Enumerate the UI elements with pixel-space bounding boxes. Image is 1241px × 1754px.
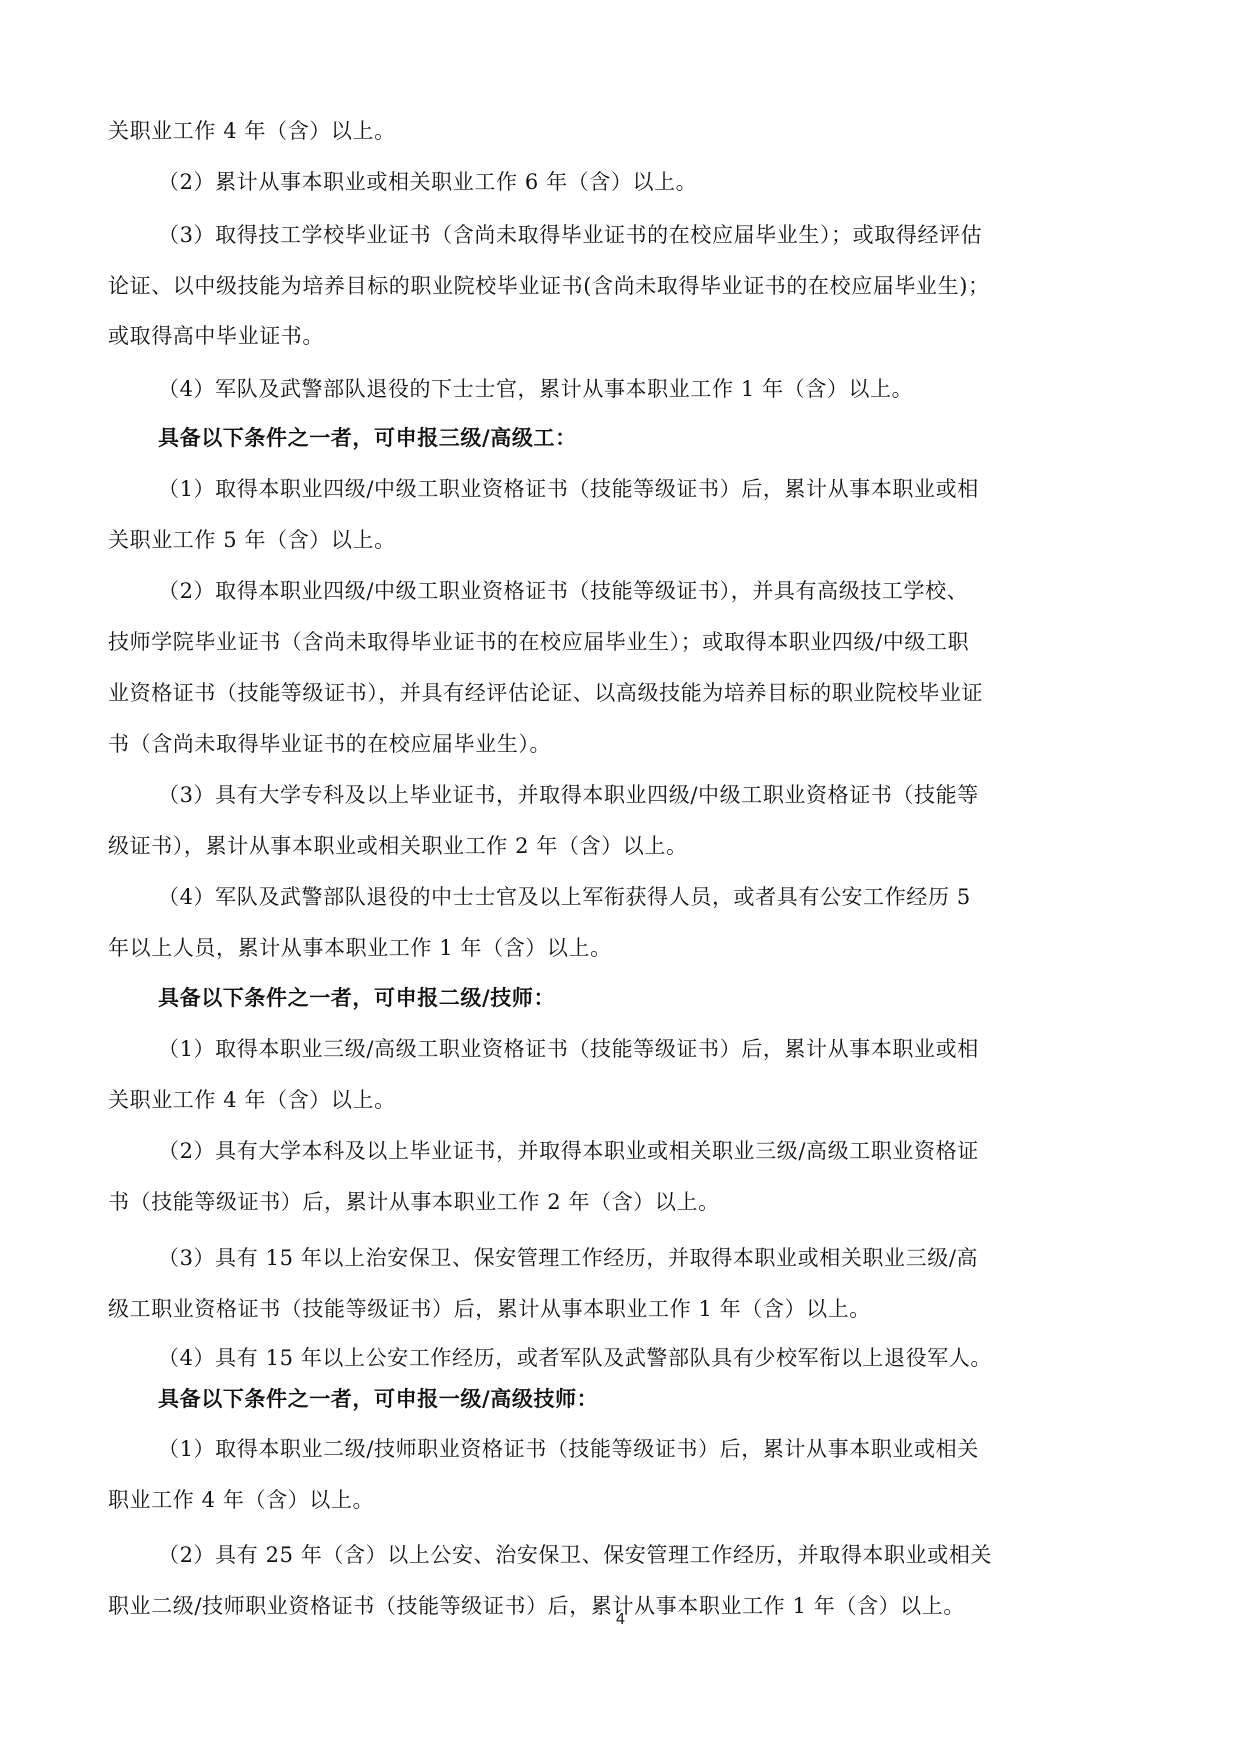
paragraph-line: （4）军队及武警部队退役的下士士官，累计从事本职业工作 1 年（含）以上。 [158,374,913,404]
section-heading: 具备以下条件之一者，可申报三级/高级工： [158,423,577,453]
paragraph-line: （2）累计从事本职业或相关职业工作 6 年（含）以上。 [158,167,697,197]
page-number: 4 [0,1610,1241,1628]
paragraph-line: （2）具有大学本科及以上毕业证书，并取得本职业或相关职业三级/高级工职业资格证 [158,1136,979,1166]
paragraph-line: （4）军队及武警部队退役的中士士官及以上军衔获得人员，或者具有公安工作经历 5 [158,882,971,912]
paragraph-line: 书（技能等级证书）后，累计从事本职业工作 2 年（含）以上。 [108,1187,720,1217]
paragraph-line: 职业工作 4 年（含）以上。 [108,1485,374,1515]
paragraph-line: 年以上人员，累计从事本职业工作 1 年（含）以上。 [108,933,612,963]
paragraph-line: （1）取得本职业三级/高级工职业资格证书（技能等级证书）后，累计从事本职业或相 [158,1034,979,1064]
paragraph-line: （2）取得本职业四级/中级工职业资格证书（技能等级证书），并具有高级技工学校、 [158,576,968,606]
paragraph-line: 关职业工作 4 年（含）以上。 [108,116,396,146]
paragraph-line: （1）取得本职业四级/中级工职业资格证书（技能等级证书）后，累计从事本职业或相 [158,474,979,504]
paragraph-line: （3）取得技工学校毕业证书（含尚未取得毕业证书的在校应届毕业生）；或取得经评估 [158,220,982,250]
paragraph-line: 关职业工作 4 年（含）以上。 [108,1085,396,1115]
paragraph-line: 级工职业资格证书（技能等级证书）后，累计从事本职业工作 1 年（含）以上。 [108,1294,871,1324]
paragraph-line: 或取得高中毕业证书。 [108,321,324,351]
paragraph-line: 关职业工作 5 年（含）以上。 [108,525,396,555]
section-heading: 具备以下条件之一者，可申报二级/技师： [158,983,555,1013]
paragraph-line: 级证书），累计从事本职业或相关职业工作 2 年（含）以上。 [108,831,688,861]
paragraph-line: （3）具有 15 年以上治安保卫、保安管理工作经历，并取得本职业或相关职业三级/… [158,1243,978,1273]
section-heading: 具备以下条件之一者，可申报一级/高级技师： [158,1384,598,1414]
paragraph-line: （2）具有 25 年（含）以上公安、治安保卫、保安管理工作经历，并取得本职业或相… [158,1540,992,1570]
paragraph-line: 业资格证书（技能等级证书），并具有经评估论证、以高级技能为培养目标的职业院校毕业… [108,678,983,708]
paragraph-line: （1）取得本职业二级/技师职业资格证书（技能等级证书）后，累计从事本职业或相关 [158,1434,979,1464]
paragraph-line: 论证、以中级技能为培养目标的职业院校毕业证书(含尚未取得毕业证书的在校应届毕业生… [108,271,990,301]
paragraph-line: 技师学院毕业证书（含尚未取得毕业证书的在校应届毕业生）；或取得本职业四级/中级工… [108,627,969,657]
paragraph-line: （4）具有 15 年以上公安工作经历，或者军队及武警部队具有少校军衔以上退役军人… [158,1343,992,1373]
paragraph-line: （3）具有大学专科及以上毕业证书，并取得本职业四级/中级工职业资格证书（技能等 [158,780,979,810]
paragraph-line: 书（含尚未取得毕业证书的在校应届毕业生）。 [108,729,551,759]
